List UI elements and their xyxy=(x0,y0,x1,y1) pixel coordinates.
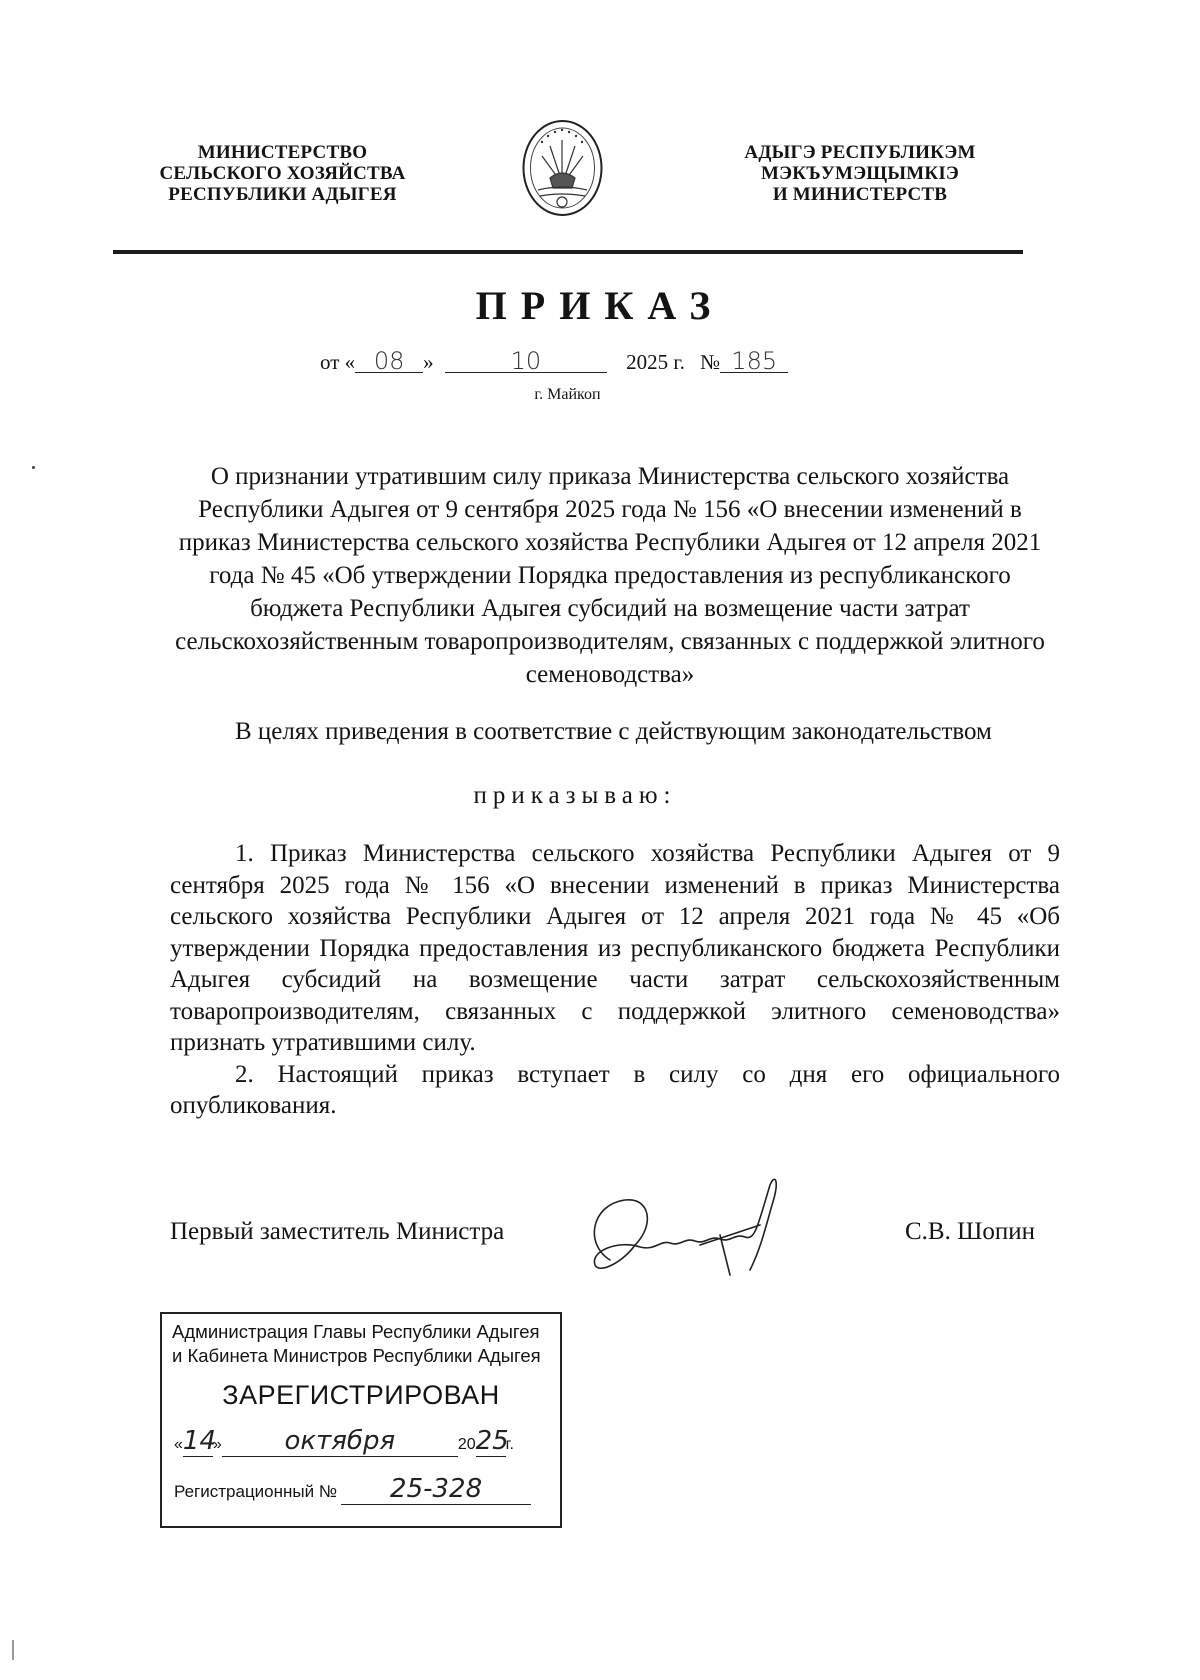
ministry-name-adyghe: АДЫГЭ РЕСПУБЛИКЭМ МЭКЪУМЭЩЫМКIЭ И МИНИСТ… xyxy=(735,142,985,205)
handwritten-signature xyxy=(580,1165,810,1295)
date-month: 10 xyxy=(445,350,607,373)
order-number: 185 xyxy=(720,350,788,373)
city-label: г. Майкоп xyxy=(0,386,1135,404)
header-left-line: МИНИСТЕРСТВО xyxy=(150,142,415,163)
ministry-name-russian: МИНИСТЕРСТВО СЕЛЬСКОГО ХОЗЯЙСТВА РЕСПУБЛ… xyxy=(150,142,415,205)
stamp-reg-label: Регистрационный № xyxy=(174,1482,337,1501)
header-left-line: РЕСПУБЛИКИ АДЫГЕЯ xyxy=(150,184,415,205)
preamble: В целях приведения в соответствие с дейс… xyxy=(235,718,992,746)
date-day: 08 xyxy=(355,350,423,373)
header-left-line: СЕЛЬСКОГО ХОЗЯЙСТВА xyxy=(150,163,415,184)
stamp-month: октября xyxy=(222,1426,458,1457)
number-label: № xyxy=(700,350,720,374)
stamp-year-unit: г. xyxy=(506,1436,514,1453)
registration-stamp: Администрация Главы Республики Адыгея и … xyxy=(160,1312,562,1528)
order-body: 1. Приказ Министерства сельского хозяйст… xyxy=(170,838,1060,1122)
header-right-line: И МИНИСТЕРСТВ xyxy=(735,184,985,205)
date-prefix: от « xyxy=(320,350,355,374)
stamp-date: «14»октября2025г. xyxy=(174,1426,554,1457)
stamp-line-1: Администрация Главы Республики Адыгея xyxy=(172,1320,541,1344)
stamp-line-2: и Кабинета Министров Республики Адыгея xyxy=(172,1344,541,1368)
signatory-name: С.В. Шопин xyxy=(905,1218,1035,1246)
signatory-role: Первый заместитель Министра xyxy=(170,1218,504,1246)
scan-artifact xyxy=(32,466,35,469)
header-right-line: АДЫГЭ РЕСПУБЛИКЭМ xyxy=(735,142,985,163)
stamp-status: ЗАРЕГИСТРИРОВАН xyxy=(162,1380,560,1411)
decree-word: приказываю: xyxy=(0,782,1150,810)
header-divider xyxy=(113,250,1023,254)
stamp-authority: Администрация Главы Республики Адыгея и … xyxy=(172,1320,541,1368)
stamp-reg-number: 25-328 xyxy=(341,1474,531,1505)
emblem-icon xyxy=(520,118,605,218)
stamp-day: 14 xyxy=(183,1426,213,1457)
scan-artifact xyxy=(12,1640,14,1660)
stamp-quote-close: » xyxy=(213,1436,222,1453)
date-year: 2025 г. xyxy=(626,350,685,374)
document-subject: О признании утратившим силу приказа Мини… xyxy=(165,460,1055,691)
stamp-registration: Регистрационный №25-328 xyxy=(174,1474,531,1505)
document-title: ПРИКАЗ xyxy=(0,282,1200,329)
order-item-2: 2. Настоящий приказ вступает в силу со д… xyxy=(170,1059,1060,1122)
header-right-line: МЭКЪУМЭЩЫМКIЭ xyxy=(735,163,985,184)
date-number-line: от «08» 10 2025 г. №185 xyxy=(320,350,788,375)
stamp-quote-open: « xyxy=(174,1436,183,1453)
stamp-year-prefix: 20 xyxy=(458,1436,476,1453)
date-quote-close: » xyxy=(423,350,434,374)
stamp-year-suffix: 25 xyxy=(476,1426,506,1457)
order-item-1: 1. Приказ Министерства сельского хозяйст… xyxy=(170,838,1060,1059)
